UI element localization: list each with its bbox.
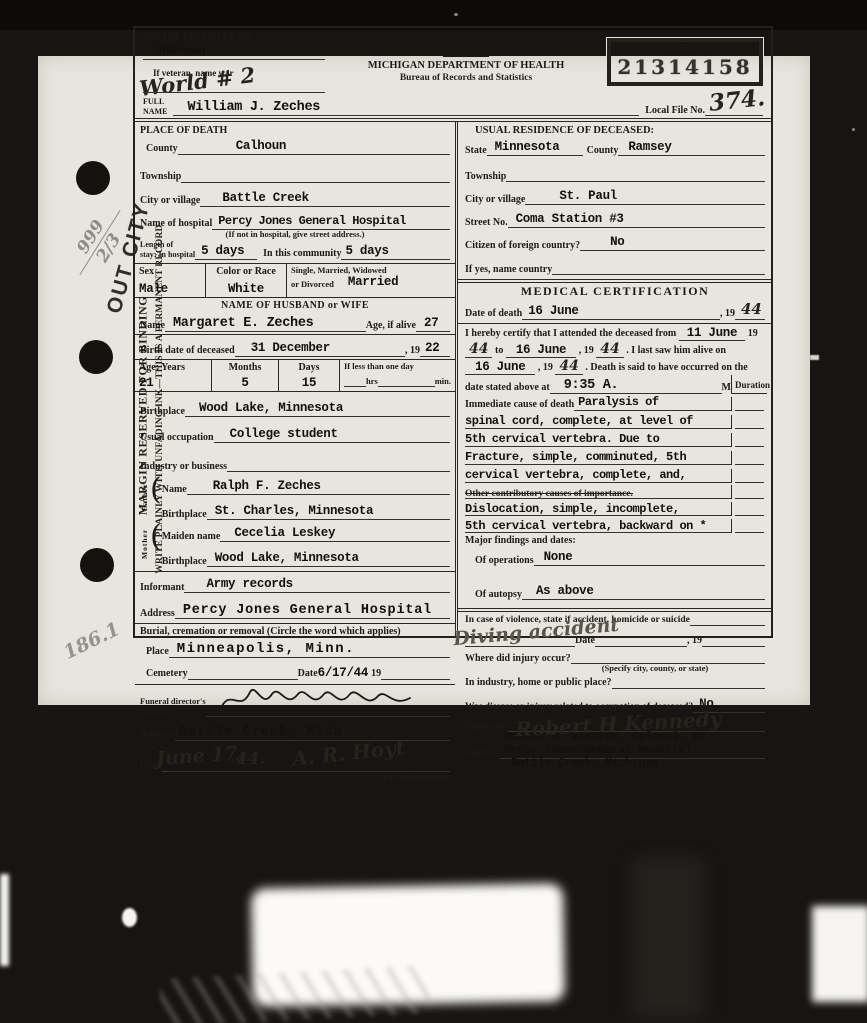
full-label-2: NAME — [143, 107, 167, 117]
sex-value: Male — [139, 282, 201, 296]
scan-streaks — [159, 965, 431, 1023]
violence-19: , 19 — [687, 635, 702, 647]
certify-text: . Death is said to have occurred on the — [585, 362, 747, 373]
date-stated-label: date stated above at — [465, 382, 550, 394]
medical-section-label: MEDICAL CERTIFICATION — [465, 285, 765, 299]
hospital-label: Name of hospital — [140, 218, 212, 230]
local-file-number: 374. — [708, 84, 767, 117]
cause-line: cervical vertebra, complete, and, — [465, 468, 686, 482]
age-days-value: 15 — [283, 376, 335, 390]
divider — [135, 571, 455, 572]
certify-to-date: 16 June — [506, 343, 576, 358]
state-file-label: State File No. — [615, 44, 755, 55]
punch-hole — [76, 161, 110, 195]
father-label: Father — [140, 474, 150, 520]
blank-line — [181, 164, 450, 183]
time-of-death: 9:35 A. — [564, 378, 619, 393]
local-registrar-label: Local Registrar — [140, 773, 450, 785]
res-country-label: If yes, name country — [465, 264, 552, 276]
duration-label: Duration — [735, 380, 770, 390]
race-label: Color or Race — [210, 266, 282, 278]
blank-line — [595, 646, 687, 647]
certify-text: I hereby certify that I attended the dec… — [465, 328, 676, 339]
cause-line: spinal cord, complete, at level of — [465, 414, 693, 428]
blank-line — [690, 625, 765, 626]
form-header: SOCIAL SECURITY NO. Unknown If veteran, … — [135, 28, 771, 97]
cause-line: 5th cervical vertebra, backward on * — [465, 519, 706, 533]
fd-label-1: Funeral director's — [140, 696, 206, 706]
divider — [458, 608, 771, 612]
filed-19: 19 — [224, 757, 234, 769]
spouse-age-label: Age, if alive — [366, 320, 416, 332]
birthplace-value: Wood Lake, Minnesota — [199, 401, 343, 415]
punch-hole — [79, 340, 113, 374]
physician-address-label: Address — [465, 748, 500, 760]
certify-from-date: 11 June — [679, 326, 745, 341]
age-hrs-label: hrs — [366, 377, 378, 387]
full-name-row: FULL NAME William J. Zeches Local File N… — [143, 97, 763, 116]
hospital-value: Percy Jones General Hospital — [218, 214, 406, 228]
dod-year: 44 — [741, 300, 762, 318]
industry-label: Industry or business — [140, 461, 227, 473]
county-value: Calhoun — [236, 139, 286, 153]
certify-text: to — [495, 345, 503, 356]
father-name-value: Ralph F. Zeches — [213, 479, 321, 493]
spouse-name-value: Margaret E. Zeches — [173, 316, 313, 331]
hospital-note: (If not in hospital, give street address… — [140, 230, 450, 240]
residence-section-label: USUAL RESIDENCE OF DECEASED: — [475, 125, 765, 137]
certify-text: , 19 — [579, 345, 594, 356]
certify-lastseen-year: 44 — [555, 358, 582, 375]
dod-value: 16 June — [528, 304, 578, 318]
res-city-label: City or village — [465, 194, 525, 206]
father-name-label: Name — [162, 484, 187, 496]
certificate-title: CERTIFICATE OF DEATH — [325, 36, 607, 53]
blank-line — [344, 386, 366, 387]
mother-birthplace-value: Wood Lake, Minnesota — [215, 551, 359, 565]
res-state-label: State — [465, 145, 487, 157]
father-block: Father ( Name Ralph F. Zeches Birthplace… — [140, 474, 450, 520]
divider — [458, 323, 771, 324]
informant-value: Army records — [206, 577, 292, 591]
full-name-value: William J. Zeches — [187, 100, 320, 115]
scan-artifact — [810, 355, 819, 360]
res-citizen-value: No — [610, 235, 624, 249]
header-left: SOCIAL SECURITY NO. Unknown If veteran, … — [143, 32, 325, 97]
duration-blank — [731, 397, 767, 411]
duration-blank — [731, 485, 767, 499]
filed-year-handwriting: 44. — [236, 749, 266, 769]
certify-lastseen-date: 16 June — [465, 360, 535, 375]
res-county-label: County — [587, 145, 619, 157]
age-less-label: If less than one day — [344, 362, 451, 372]
burial-place-label: Place — [146, 646, 169, 658]
state-file-box: State File No. 21314158 — [607, 38, 763, 86]
demographics-row: Sex Male Color or Race White Single, Mar… — [135, 263, 455, 299]
duration-blank — [731, 502, 767, 516]
mother-name-value: Cecelia Leskey — [234, 526, 335, 540]
res-county-value: Ramsey — [628, 140, 671, 154]
informant-address-value: Percy Jones General Hospital — [183, 603, 432, 618]
blank-line — [378, 386, 435, 387]
certify-text: , 19 — [538, 362, 553, 373]
age-months-cell: Months 5 — [212, 360, 279, 392]
state-file-number: 21314158 — [615, 55, 755, 79]
ssn-value: Unknown — [155, 44, 205, 58]
certify-text: . I last saw him alive on — [626, 345, 726, 356]
local-file-label: Local File No. — [645, 105, 705, 117]
city-value: Battle Creek — [222, 191, 308, 205]
age-years-cell: Age: Years 21 — [135, 360, 212, 392]
divider — [135, 623, 455, 624]
duration-blank — [731, 433, 767, 447]
burial-date-value: 6/17/44 — [318, 666, 368, 680]
title-rule — [443, 56, 489, 57]
marital-label-2: or Divorced — [291, 280, 334, 290]
mother-name-label: Maiden name — [162, 531, 221, 543]
fd-label-2: signature — [140, 706, 206, 716]
cause-line: 5th cervical vertebra. Due to — [465, 432, 659, 446]
injury-where-note: (Specify city, county, or state) — [545, 664, 765, 674]
age-months-value: 5 — [216, 376, 274, 390]
duration-blank — [731, 519, 767, 533]
res-city-value: St. Paul — [559, 189, 617, 203]
stay-hospital-value: 5 days — [201, 244, 244, 258]
injury-where-label: Where did injury occur? — [465, 653, 571, 665]
spouse-name-label: Name — [140, 320, 165, 332]
city-label: City or village — [140, 195, 200, 207]
cause-line: Fracture, simple, comminuted, 5th — [465, 450, 686, 464]
stay-community-value: 5 days — [345, 244, 388, 258]
mother-birthplace-label: Birthplace — [162, 556, 207, 568]
mother-brace: ( — [150, 523, 162, 567]
burial-date-label: Date — [298, 668, 318, 680]
blank-line — [552, 256, 765, 275]
occupation-label: Usual occupation — [140, 432, 214, 444]
age-hours-cell: If less than one day hrs min. — [340, 360, 455, 392]
funeral-director-block: Funeral director's signature — [140, 687, 450, 717]
township-label: Township — [140, 171, 181, 183]
father-brace: ( — [150, 476, 162, 520]
physician-signature-block: Robert H Kennedy Signature ROBERT H. KEN… — [465, 721, 765, 771]
fd-address-value: Battle Creek, Mich. — [179, 725, 352, 740]
birthdate-label: Birth date of deceased — [140, 345, 235, 357]
mother-block: Mother ( Maiden name Cecelia Leskey Birt… — [140, 521, 450, 567]
burial-date-19: 19 — [371, 668, 381, 680]
duration-blank — [731, 469, 767, 483]
scan-speck — [852, 128, 855, 131]
punch-hole — [80, 548, 114, 582]
autopsy-value: As above — [536, 584, 594, 598]
right-column: USUAL RESIDENCE OF DECEASED: State Minne… — [458, 122, 771, 638]
age-row: Age: Years 21 Months 5 Days 15 If less t… — [135, 359, 455, 393]
fd-address-label: Address — [140, 729, 175, 741]
marital-label-1: Single, Married, Widowed — [291, 266, 451, 276]
cause-line: Dislocation, simple, incomplete, — [465, 502, 679, 516]
dod-19: , 19 — [720, 308, 735, 320]
scan-artifact — [0, 874, 9, 966]
marital-cell: Single, Married, Widowed or Divorced Mar… — [287, 264, 455, 298]
blank-line — [188, 679, 298, 680]
stay-label-2: stay: In hospital — [140, 250, 195, 260]
form-columns: PLACE OF DEATH County Calhoun Township C… — [135, 122, 771, 638]
scan-artifact — [632, 858, 704, 1018]
cemetery-label: Cemetery — [146, 668, 188, 680]
left-column: PLACE OF DEATH County Calhoun Township C… — [135, 122, 458, 638]
age-days-cell: Days 15 — [279, 360, 340, 392]
divider — [458, 279, 771, 283]
dod-label: Date of death — [465, 308, 522, 320]
informant-address-label: Address — [140, 608, 175, 620]
operations-label: Of operations — [475, 555, 534, 567]
divider — [135, 334, 455, 335]
age-min-label: min. — [435, 377, 451, 387]
violence-block: Diving accident In case of violence, sta… — [465, 615, 765, 646]
age-years-value: 21 — [139, 376, 207, 390]
blank-line — [227, 453, 450, 472]
birthdate-19: , 19 — [405, 345, 420, 357]
signature-label: Signature — [465, 721, 507, 733]
cause-line: Paralysis of — [578, 395, 658, 409]
race-value: White — [210, 282, 282, 296]
certify-to-year: 44 — [596, 341, 623, 358]
cause-of-death-grid: date stated above at 9:35 A. M Duration … — [465, 375, 767, 533]
father-birthplace-value: St. Charles, Minnesota — [215, 504, 373, 518]
burial-place-value: Minneapolis, Minn. — [177, 641, 355, 657]
veteran-field: If veteran, name war World # 2 — [143, 63, 325, 97]
immediate-cause-label: Immediate cause of death — [465, 399, 574, 411]
informant-label: Informant — [140, 582, 184, 594]
operations-value: None — [544, 550, 573, 564]
scan-speck — [454, 13, 458, 16]
certify-paragraph: I hereby certify that I attended the dec… — [465, 326, 765, 375]
birthdate-value: 31 December — [251, 341, 330, 355]
sex-label: Sex — [139, 266, 201, 278]
certify-text: 19 — [748, 328, 758, 339]
injury-place-label: In industry, home or public place? — [465, 677, 612, 689]
duration-blank — [731, 415, 767, 429]
funeral-director-signature — [216, 684, 416, 714]
birthdate-year: 22 — [425, 341, 439, 355]
duration-blank — [731, 451, 767, 465]
occupation-value: College student — [230, 427, 338, 441]
sex-cell: Sex Male — [135, 264, 206, 298]
marital-value: Married — [348, 275, 398, 289]
header-center: CERTIFICATE OF DEATH MICHIGAN DEPARTMENT… — [325, 32, 607, 97]
funeral-director-label: Funeral director's signature — [140, 696, 206, 716]
age-days-label: Days — [283, 362, 335, 374]
scan-artifact — [122, 908, 137, 927]
blank-line — [506, 163, 765, 182]
race-cell: Color or Race White — [206, 264, 287, 298]
certify-from-year: 44 — [465, 341, 492, 358]
blank-line — [381, 679, 450, 680]
age-months-label: Months — [216, 362, 274, 374]
county-label: County — [146, 143, 178, 155]
spouse-section-label: NAME OF HUSBAND or WIFE — [140, 300, 450, 312]
age-years-label: Age: Years — [139, 362, 207, 374]
contributory-label-struck: Other contributory causes of importance. — [465, 489, 633, 499]
res-state-value: Minnesota — [495, 140, 560, 154]
autopsy-label: Of autopsy — [475, 589, 522, 601]
scan-artifact — [812, 906, 867, 1002]
physician-address-1: Percy Jones General Hospital — [504, 743, 692, 757]
department-line: MICHIGAN DEPARTMENT OF HEALTH — [325, 60, 607, 71]
stay-label: Length of stay: In hospital — [140, 240, 195, 259]
findings-label: Major findings and dates: — [465, 535, 765, 547]
blank-line — [702, 646, 765, 647]
spouse-age-value: 27 — [424, 316, 438, 330]
blank-line — [612, 688, 765, 689]
res-township-label: Township — [465, 171, 506, 183]
birthplace-label: Birthplace — [140, 406, 185, 418]
bureau-line: Bureau of Records and Statistics — [325, 73, 607, 83]
mother-label: Mother — [140, 521, 150, 567]
community-label: In this community — [263, 248, 341, 260]
scanned-certificate-page: MARGIN RESERVED FOR BINDING WRITE PLAINL… — [0, 0, 867, 1023]
burial-line-label: Burial, cremation or removal (Circle the… — [140, 626, 450, 638]
stay-label-1: Length of — [140, 240, 195, 250]
res-street-label: Street No. — [465, 217, 508, 229]
res-street-value: Coma Station #3 — [516, 212, 624, 226]
certificate-form: SOCIAL SECURITY NO. Unknown If veteran, … — [133, 26, 773, 638]
father-birthplace-label: Birthplace — [162, 509, 207, 521]
res-citizen-label: Citizen of foreign country? — [465, 240, 580, 252]
